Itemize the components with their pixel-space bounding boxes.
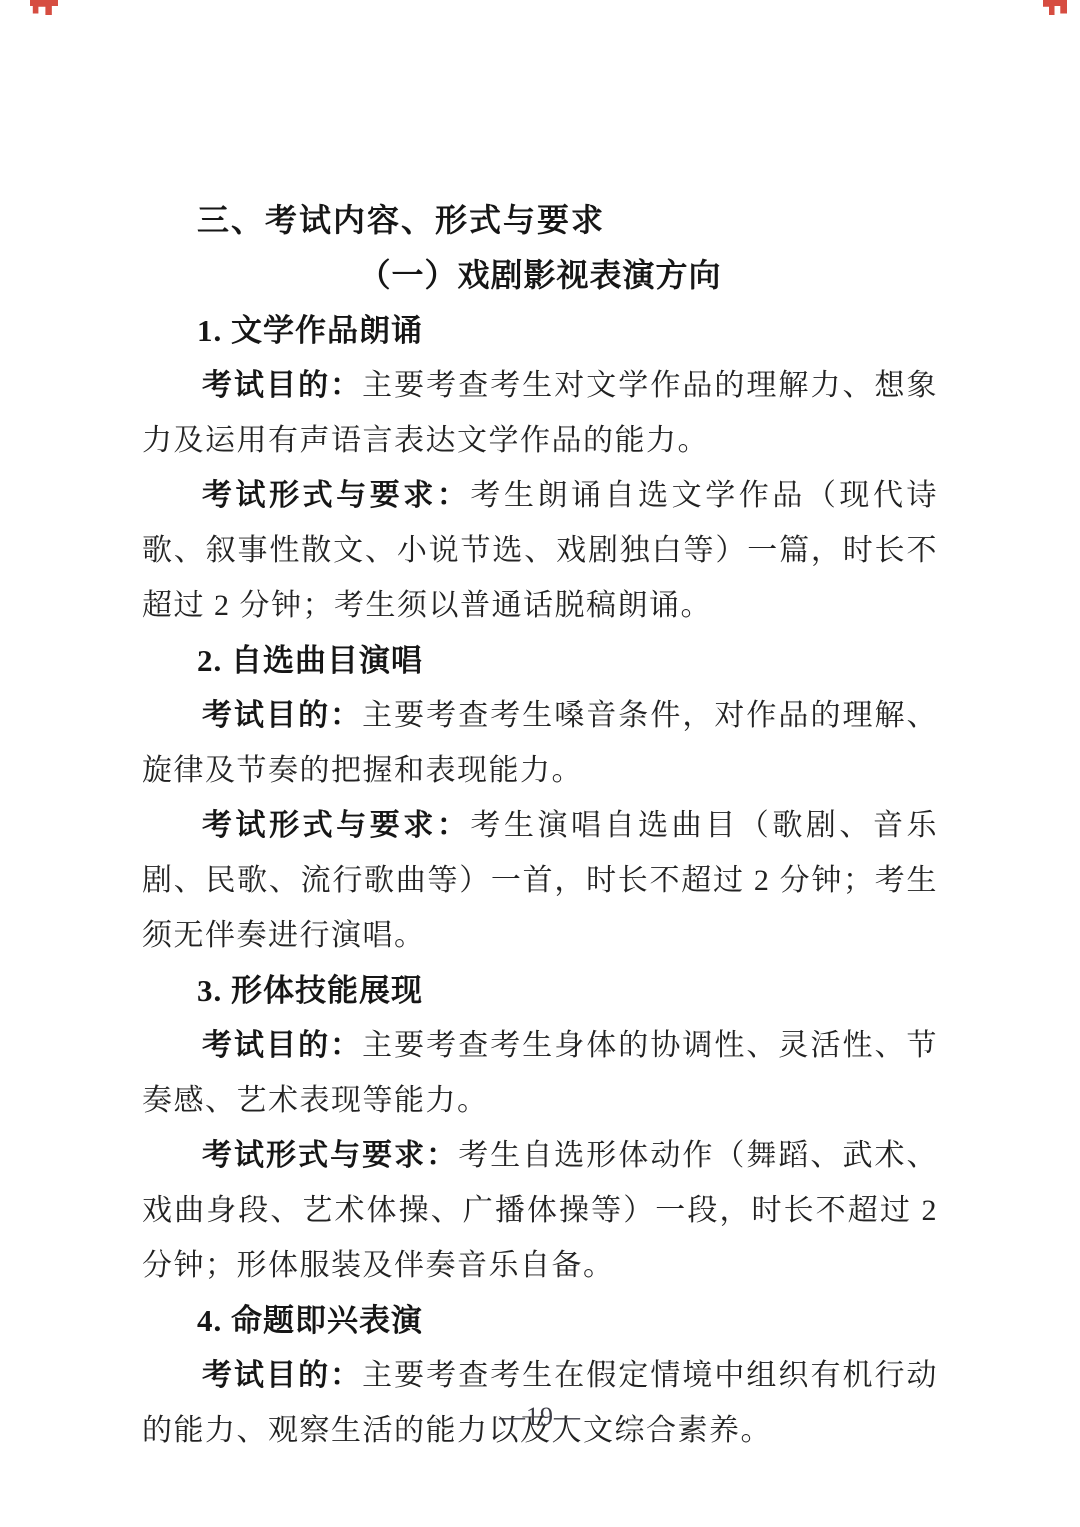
paragraph-label: 考试目的： — [202, 1029, 362, 1062]
paragraph-label: 考试形式与要求： — [202, 1139, 458, 1172]
paragraph-label: 考试目的： — [202, 1359, 362, 1392]
paragraph-label: 考试目的： — [202, 699, 362, 732]
item-1-format-paragraph: 考试形式与要求：考生朗诵自选文学作品（现代诗歌、叙事性散文、小说节选、戏剧独白等… — [142, 468, 938, 633]
item-4-heading: 4. 命题即兴表演 — [142, 1293, 938, 1348]
document-page: 三、考试内容、形式与要求 （一）戏剧影视表演方向 1. 文学作品朗诵 考试目的：… — [0, 0, 1080, 1527]
paragraph-label: 考试目的： — [202, 369, 362, 402]
page-number: —19— — [0, 1400, 1080, 1434]
subsection-title: （一）戏剧影视表演方向 — [142, 248, 938, 303]
item-2-heading: 2. 自选曲目演唱 — [142, 633, 938, 688]
paragraph-label: 考试形式与要求： — [202, 479, 470, 512]
item-1-heading: 1. 文学作品朗诵 — [142, 303, 938, 358]
item-1-purpose-paragraph: 考试目的：主要考查考生对文学作品的理解力、想象力及运用有声语言表达文学作品的能力… — [142, 358, 938, 468]
red-corner-mark-right — [1043, 0, 1067, 15]
item-3-heading: 3. 形体技能展现 — [142, 963, 938, 1018]
item-2-purpose-paragraph: 考试目的：主要考查考生嗓音条件，对作品的理解、旋律及节奏的把握和表现能力。 — [142, 688, 938, 798]
document-content: 三、考试内容、形式与要求 （一）戏剧影视表演方向 1. 文学作品朗诵 考试目的：… — [142, 193, 938, 1458]
paragraph-label: 考试形式与要求： — [202, 809, 470, 842]
red-corner-mark-left — [30, 0, 58, 15]
item-2-format-paragraph: 考试形式与要求：考生演唱自选曲目（歌剧、音乐剧、民歌、流行歌曲等）一首，时长不超… — [142, 798, 938, 963]
section-title: 三、考试内容、形式与要求 — [142, 193, 938, 248]
item-3-purpose-paragraph: 考试目的：主要考查考生身体的协调性、灵活性、节奏感、艺术表现等能力。 — [142, 1018, 938, 1128]
item-3-format-paragraph: 考试形式与要求：考生自选形体动作（舞蹈、武术、戏曲身段、艺术体操、广播体操等）一… — [142, 1128, 938, 1293]
